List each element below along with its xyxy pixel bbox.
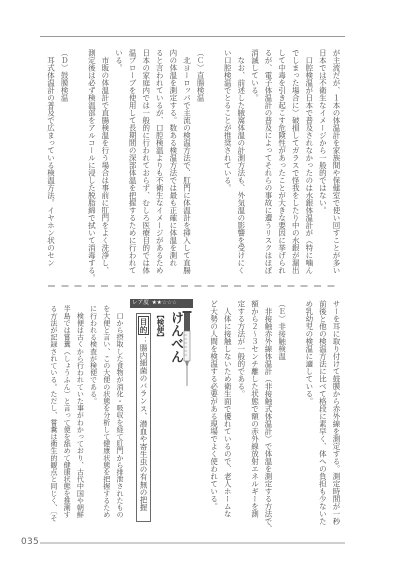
text-line: 人体に接触しないため衛生面で優れているので、老人ホームな [221,300,235,533]
text-line: 温プローブを使用して長期間の深部体温を把握するために行われて [126,49,140,282]
text-line: を大便と言い、この大便の状態を分析して健康状態を把握するため [101,305,114,522]
entry-body-block: 口から摂取した食物が消化・吸収を経て肛門から排泄されたもの を大便と言い、この大… [48,305,127,522]
text-line: に行われる検査が検便である。 [87,305,100,522]
text-line: 検便は古くから行われていた事がわかっており、古代中国や朝鮮 [74,305,87,522]
section-heading-d: （Ｄ）鼓膜検温 [58,49,72,282]
text-line: いる。 [112,49,126,282]
text-line: ど大勢の人間を検温する必要がある現場でよく使われている。 [207,300,221,533]
page-number: 035 [21,537,39,547]
text-line: 北ヨーロッパで主流の検温方法で、肛門に体温計を挿入して直腸 [180,49,194,282]
top-rule [40,36,345,37]
text-line: でしまった場合に）破損してガラスで怪我をしたり中の水銀が漏出 [289,49,303,282]
text-line: 消滅している。 [248,49,262,282]
text-line: 耳式体温計の普及で広まっている検温方法。イヤホン状のセン [44,49,58,282]
text-line: 前後と他の検温方法に比べて格段に素早く、体への負担も少ないた [316,300,330,533]
text-line: して中毒を引き起こす危険性があったことが大きな要因に挙げられ [275,49,289,282]
text-line: る方法が記録されている。ただし、嘗糞は衛生的観点と同じく、〔そ [48,305,61,522]
text-line: 測定後は必ず検温部をアルコールに浸した脱脂綿で拭いて消毒する。 [85,49,99,282]
text-line: 市販の体温計で直腸検温を行う場合は事前に肛門をよく洗浄し、 [98,49,112,282]
upper-text-block: が主流だが、１本の体温計を家族間や保健室で使い回すことが多い 日本では不衛生なイ… [44,49,343,282]
text-line: 定する方法が一般的である。 [234,300,248,533]
text-line: サーを耳に取り付けて鼓膜から赤外線を測定する。測定時間が一秒 [329,300,343,533]
purpose-box: 目的：腸内細菌のバランス、潜血や寄生虫の有無の把握 [136,313,151,522]
rarity-label-text: レア度 [132,300,149,306]
rarity-label: レア度★★☆☆☆ [130,299,193,308]
text-line: 内の体温を測定する。数ある検温方法では最も正確に体温を測れ [166,49,180,282]
section-heading-c: （Ｃ）直腸検温 [193,49,207,282]
text-line: るが、電子体温計の普及によってそれらの事故に遭うリスクはほぼ [261,49,275,282]
bottom-rule [40,542,345,544]
text-line: ると言われているが、口腔検温よりも不衛生なイメージがあるため [153,49,167,282]
blank-line [71,49,85,282]
section-divider [48,285,340,287]
text-line: なお、前述した腋窩体温の計測方法も、外気温の影響を受けにく [234,49,248,282]
star-empty-icon: ☆☆☆ [162,300,177,306]
text-line: い口腔検温でとることが推奨されている。 [221,49,235,282]
text-line: 額から２〜３センチ離した状態で額の赤外線放射エネルギーを測 [248,300,262,533]
text-line: が主流だが、１本の体温計を家族間や保健室で使い回すことが多い [329,49,343,282]
entry-title-kana: けんべん [166,311,184,363]
text-line: 日本では不衛生なイメージから一般的ではない。 [316,49,330,282]
text-line: 口腔検温が日本で普及されなかったのは水銀体温計が（特に噛ん [302,49,316,282]
blank-line [289,300,303,533]
purpose-text: ：腸内細菌のバランス、潜血や寄生虫の有無の把握 [139,336,148,511]
text-line: め乳幼児の検温に適している。 [302,300,316,533]
entry-title-kanji: 【検便】 [155,311,165,341]
text-line: 半島では嘗糞（しょうふん）と言って便を舐めて健康状態を推測す [61,305,74,522]
star-filled-icon: ★★ [152,300,162,306]
text-line: 非接触赤外線体温計（非接触式体温計）で体温を測定する方法で、 [261,300,275,533]
text-line: 口から摂取した食物が消化・吸収を経て肛門から排泄されたもの [114,305,127,522]
section-heading-e: （Ｅ）非接触検温 [275,300,289,533]
lower-right-text-block: サーを耳に取り付けて鼓膜から赤外線を測定する。測定時間が一秒 前後と他の検温方法… [207,300,343,533]
blank-line [207,49,221,282]
purpose-label: 目的 [138,316,149,335]
text-line: 日本の家庭内では一般的に行われておらず、むしろ医療目的では体 [139,49,153,282]
